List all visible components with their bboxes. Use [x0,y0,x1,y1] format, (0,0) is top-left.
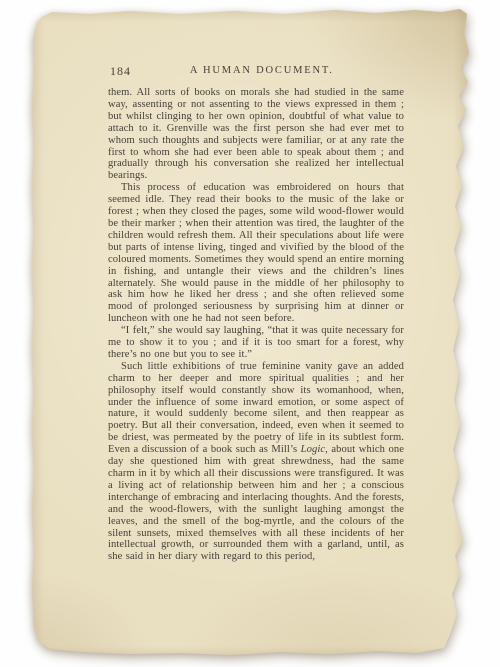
paragraph: “I felt,” she would say laughing, “that … [108,325,404,361]
body-text: This process of education was embroidere… [108,182,404,324]
page-number: 184 [110,64,131,79]
body-text: them. All sorts of books on morals she h… [108,87,404,181]
paragraph: Such little exhibitions of true feminine… [108,361,404,563]
body-text: , about which one day she questioned him… [108,444,404,562]
running-title: A HUMAN DOCUMENT. [190,65,334,76]
body-text: “I felt,” she would say laughing, “that … [108,325,404,360]
book-title-italic: Logic [301,444,326,455]
scan-background: 184 A HUMAN DOCUMENT. them. All sorts of… [0,0,500,667]
paragraph: This process of education was embroidere… [108,182,404,325]
page-paper: 184 A HUMAN DOCUMENT. them. All sorts of… [30,8,471,658]
paragraph: them. All sorts of books on morals she h… [108,87,404,182]
page-header: 184 A HUMAN DOCUMENT. [108,64,404,80]
page-text: them. All sorts of books on morals she h… [108,87,404,563]
body-text: Such little exhibitions of true feminine… [108,361,404,455]
book-page: 184 A HUMAN DOCUMENT. them. All sorts of… [30,8,471,658]
